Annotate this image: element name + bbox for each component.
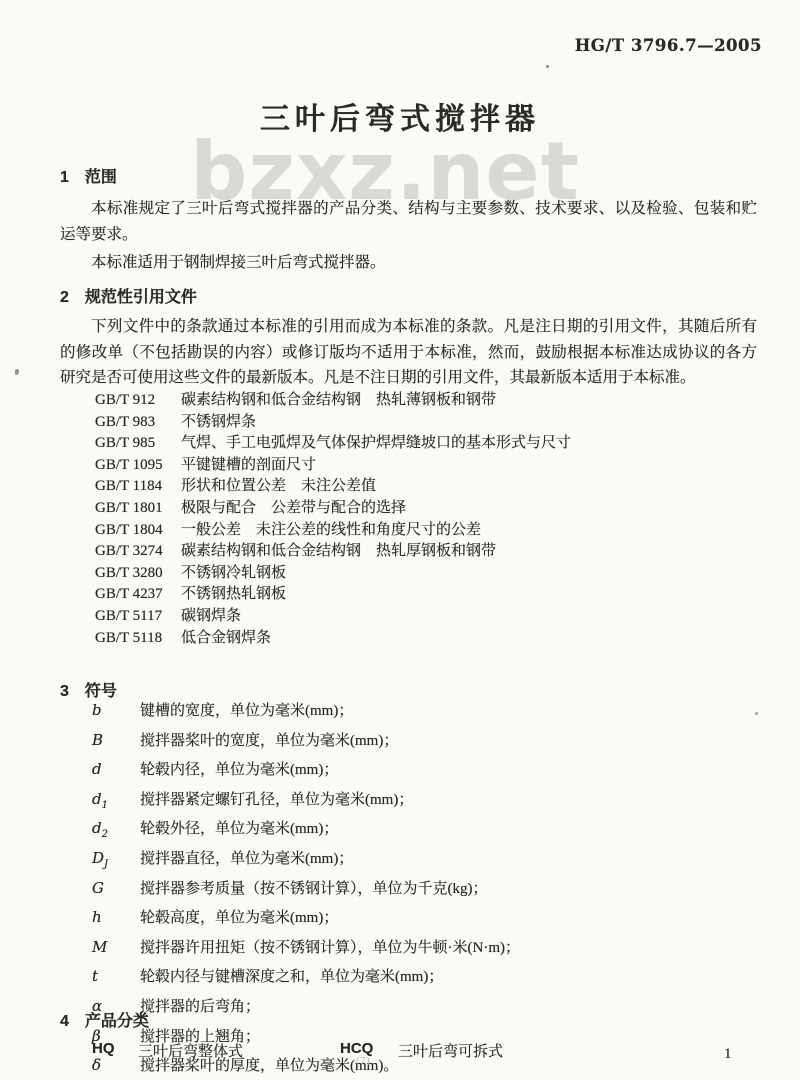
reference-title: 碳钢焊条 [181, 608, 241, 624]
reference-item: GB/T 1804一般公差 未注公差的线性和角度尺寸的公差 [95, 520, 755, 542]
symbol-letter: G [92, 877, 140, 907]
page-number: 1 [724, 1046, 732, 1063]
symbol-subscript: 2 [102, 829, 108, 840]
reference-title: 碳素结构钢和低合金结构钢 热轧厚钢板和钢带 [181, 543, 496, 559]
symbol-row: DJ搅拌器直径，单位为毫米(mm)； [60, 847, 757, 877]
symbol-description: 搅拌器参考质量（按不锈钢计算），单位为千克(kg)； [140, 881, 488, 897]
section-heading-classification: 4产品分类 [60, 1008, 149, 1031]
reference-item: GB/T 3280不锈钢冷轧钢板 [95, 563, 755, 585]
scan-speck [15, 369, 19, 375]
reference-title: 极限与配合 公差带与配合的选择 [181, 500, 406, 516]
reference-code: GB/T 5118 [95, 628, 181, 650]
reference-title: 不锈钢冷轧钢板 [181, 565, 286, 581]
symbol-base: d [92, 790, 102, 808]
reference-item: GB/T 5118低合金钢焊条 [95, 628, 755, 650]
section-heading-symbols: 3符号 [60, 678, 117, 701]
reference-code: GB/T 983 [95, 412, 181, 434]
classification-label: 三叶后弯可拆式 [398, 1040, 503, 1061]
standard-code: HG/T 3796.7—2005 [575, 36, 762, 55]
reference-item: GB/T 4237不锈钢热轧钢板 [95, 584, 755, 606]
document-page: bzxz.net HG/T 3796.7—2005 三叶后弯式搅拌器 1范围 本… [0, 0, 800, 1080]
reference-code: GB/T 1804 [95, 520, 181, 542]
symbol-base: M [92, 938, 107, 956]
symbol-letter: d2 [92, 817, 140, 847]
section-title: 范围 [85, 169, 117, 186]
section-title: 符号 [85, 683, 117, 700]
symbol-subscript: 1 [102, 800, 108, 811]
symbol-description: 轮毂内径与键槽深度之和，单位为毫米(mm)； [140, 969, 443, 985]
section-number: 4 [60, 1013, 69, 1031]
symbol-row: t轮毂内径与键槽深度之和，单位为毫米(mm)； [60, 965, 757, 995]
symbol-description: 轮毂内径，单位为毫米(mm)； [140, 762, 338, 778]
reference-list: GB/T 912碳素结构钢和低合金结构钢 热轧薄钢板和钢带 GB/T 983不锈… [95, 390, 755, 649]
symbol-description: 搅拌器桨叶的宽度，单位为毫米(mm)； [140, 733, 398, 749]
print-mark: (7) [356, 1056, 371, 1067]
symbol-base: G [92, 879, 104, 897]
symbol-row: d轮毂内径，单位为毫米(mm)； [60, 758, 757, 788]
symbol-subscript: J [104, 859, 108, 870]
reference-code: GB/T 1184 [95, 476, 181, 498]
reference-item: GB/T 985气焊、手工电弧焊及气体保护焊焊缝坡口的基本形式与尺寸 [95, 433, 755, 455]
reference-code: GB/T 3280 [95, 563, 181, 585]
reference-item: GB/T 3274碳素结构钢和低合金结构钢 热轧厚钢板和钢带 [95, 541, 755, 563]
symbol-list: b键槽的宽度，单位为毫米(mm)； B搅拌器桨叶的宽度，单位为毫米(mm)； d… [60, 699, 757, 1080]
symbol-row: α搅拌器的后弯角； [60, 995, 757, 1025]
symbol-letter: b [92, 699, 140, 729]
symbol-row: M搅拌器许用扭矩（按不锈钢计算），单位为牛顿·米(N·m)； [60, 936, 757, 966]
symbol-base: B [92, 731, 103, 749]
symbol-letter: M [92, 936, 140, 966]
symbol-description: 搅拌器的后弯角； [140, 999, 260, 1015]
symbol-row: d1搅拌器紧定螺钉孔径，单位为毫米(mm)； [60, 788, 757, 818]
section-title: 规范性引用文件 [85, 289, 197, 306]
scope-paragraph-2: 本标准适用于钢制焊接三叶后弯式搅拌器。 [60, 250, 757, 276]
reference-title: 碳素结构钢和低合金结构钢 热轧薄钢板和钢带 [181, 392, 496, 408]
section-title: 产品分类 [85, 1013, 149, 1030]
reference-code: GB/T 5117 [95, 606, 181, 628]
reference-code: GB/T 4237 [95, 584, 181, 606]
section-number: 1 [60, 169, 69, 187]
reference-code: GB/T 985 [95, 433, 181, 455]
scope-paragraph-1: 本标准规定了三叶后弯式搅拌器的产品分类、结构与主要参数、技术要求、以及检验、包装… [60, 196, 757, 248]
reference-code: GB/T 1801 [95, 498, 181, 520]
reference-item: GB/T 912碳素结构钢和低合金结构钢 热轧薄钢板和钢带 [95, 390, 755, 412]
reference-title: 低合金钢焊条 [181, 630, 271, 646]
symbol-base: D [92, 849, 104, 867]
symbol-row: b键槽的宽度，单位为毫米(mm)； [60, 699, 757, 729]
reference-title: 气焊、手工电弧焊及气体保护焊焊缝坡口的基本形式与尺寸 [181, 435, 571, 451]
symbol-description: 键槽的宽度，单位为毫米(mm)； [140, 703, 353, 719]
symbol-letter: t [92, 965, 140, 995]
symbol-letter: h [92, 906, 140, 936]
reference-item: GB/T 1184形状和位置公差 未注公差值 [95, 476, 755, 498]
symbol-letter: DJ [92, 847, 140, 877]
section-heading-scope: 1范围 [60, 164, 117, 187]
symbol-letter: δ [92, 1054, 140, 1080]
symbol-description: 轮毂高度，单位为毫米(mm)； [140, 910, 338, 926]
symbol-base: t [92, 967, 98, 985]
classification-code: HQ [92, 1040, 115, 1057]
reference-title: 平键键槽的剖面尺寸 [181, 457, 316, 473]
symbol-description: 搅拌器许用扭矩（按不锈钢计算），单位为牛顿·米(N·m)； [140, 940, 520, 956]
reference-title: 不锈钢焊条 [181, 414, 256, 430]
reference-title: 不锈钢热轧钢板 [181, 586, 286, 602]
symbol-description: 搅拌器紧定螺钉孔径，单位为毫米(mm)； [140, 792, 413, 808]
content-layer: HG/T 3796.7—2005 三叶后弯式搅拌器 1范围 本标准规定了三叶后弯… [0, 0, 800, 1080]
symbol-base: d [92, 819, 102, 837]
symbol-base: h [92, 908, 102, 926]
reference-title: 形状和位置公差 未注公差值 [181, 478, 376, 494]
symbol-letter: d [92, 758, 140, 788]
symbol-description: 搅拌器直径，单位为毫米(mm)； [140, 851, 353, 867]
symbol-description: 轮毂外径，单位为毫米(mm)； [140, 821, 338, 837]
symbol-base: b [92, 701, 102, 719]
scan-speck [755, 712, 758, 715]
scan-speck [546, 65, 549, 68]
references-paragraph: 下列文件中的条款通过本标准的引用而成为本标准的条款。凡是注日期的引用文件，其随后… [60, 314, 757, 391]
symbol-letter: d1 [92, 788, 140, 818]
symbol-row: B搅拌器桨叶的宽度，单位为毫米(mm)； [60, 729, 757, 759]
reference-item: GB/T 983不锈钢焊条 [95, 412, 755, 434]
reference-title: 一般公差 未注公差的线性和角度尺寸的公差 [181, 522, 481, 538]
reference-item: GB/T 1801极限与配合 公差带与配合的选择 [95, 498, 755, 520]
classification-code: HCQ [340, 1040, 373, 1057]
reference-code: GB/T 3274 [95, 541, 181, 563]
section-number: 2 [60, 289, 69, 307]
symbol-row: G搅拌器参考质量（按不锈钢计算），单位为千克(kg)； [60, 877, 757, 907]
reference-item: GB/T 1095平键键槽的剖面尺寸 [95, 455, 755, 477]
reference-code: GB/T 1095 [95, 455, 181, 477]
section-heading-references: 2规范性引用文件 [60, 284, 197, 307]
classification-label: 三叶后弯整体式 [138, 1040, 243, 1061]
symbol-letter: B [92, 729, 140, 759]
symbol-row: h轮毂高度，单位为毫米(mm)； [60, 906, 757, 936]
reference-code: GB/T 912 [95, 390, 181, 412]
document-title: 三叶后弯式搅拌器 [0, 94, 800, 138]
symbol-base: d [92, 760, 102, 778]
symbol-base: δ [92, 1056, 101, 1074]
reference-item: GB/T 5117碳钢焊条 [95, 606, 755, 628]
symbol-row: d2轮毂外径，单位为毫米(mm)； [60, 817, 757, 847]
